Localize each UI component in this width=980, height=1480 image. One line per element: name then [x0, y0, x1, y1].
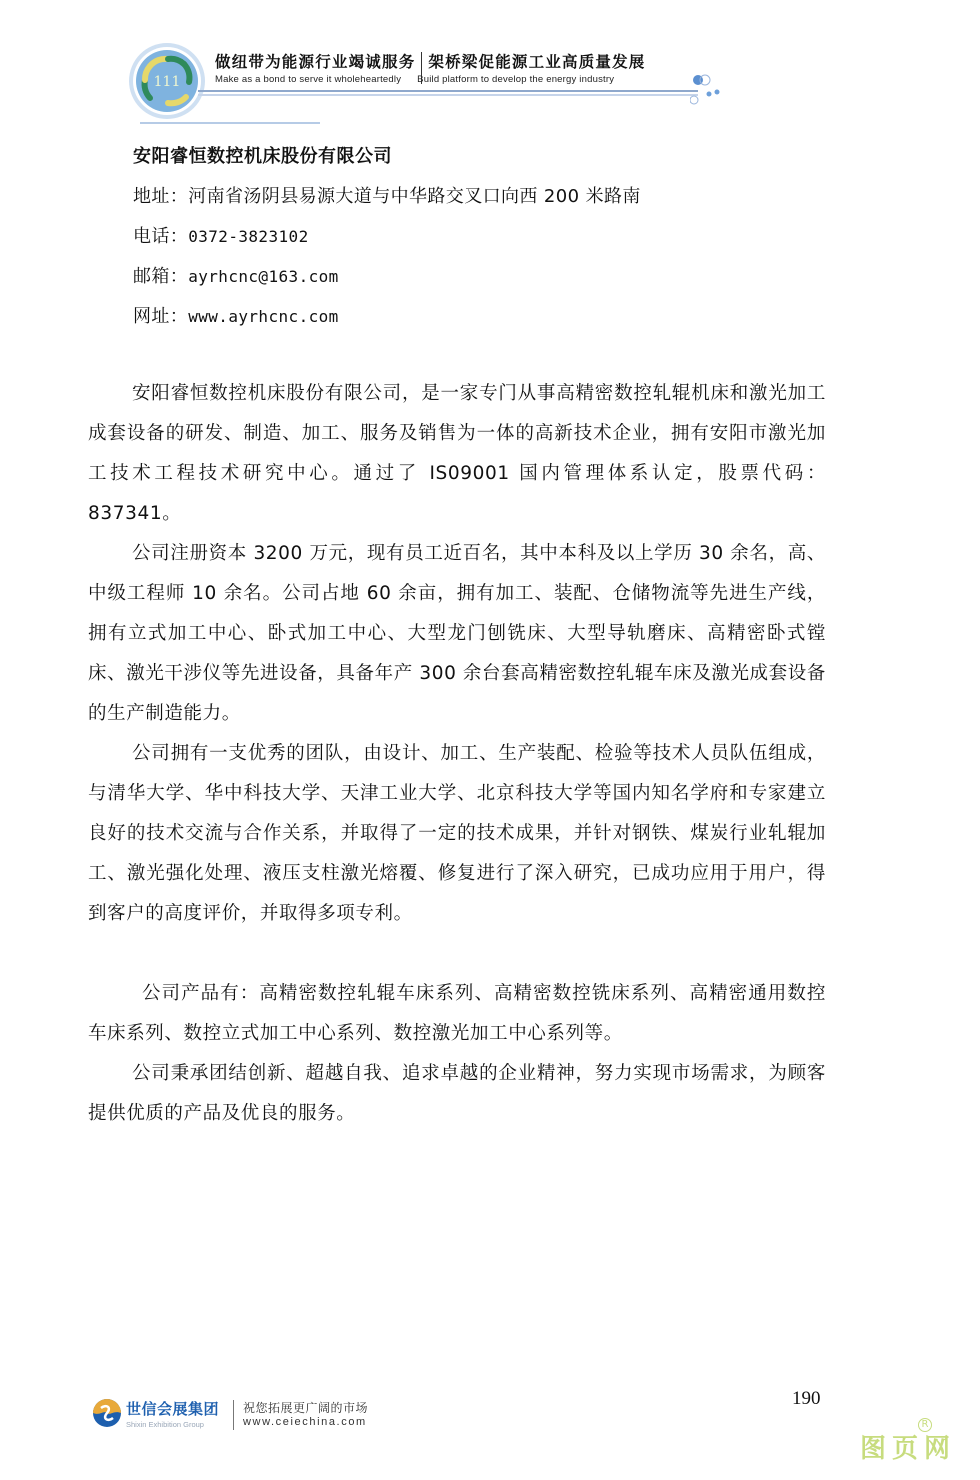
- header-rule: [198, 90, 698, 92]
- footer-brand-en: Shixin Exhibition Group: [126, 1420, 204, 1429]
- address-line: 地址：河南省汤阴县易源大道与中华路交叉口向西 200 米路南: [133, 182, 641, 208]
- body-paragraph-intro: 安阳睿恒数控机床股份有限公司，是一家专门从事高精密数控轧辊机床和激光加工成套设备…: [88, 374, 826, 534]
- slogan-en-right: Build platform to develop the energy ind…: [417, 74, 614, 85]
- slogan-cn-left: 做纽带为能源行业竭诚服务: [215, 53, 415, 71]
- decorative-dots-icon: [690, 70, 730, 110]
- footer-divider: [233, 1400, 234, 1430]
- footer-url-link[interactable]: www.ceiechina.com: [243, 1416, 367, 1428]
- website-label: 网址：: [133, 306, 188, 327]
- svg-text:111: 111: [154, 74, 181, 90]
- phone-line: 电话：0372-3823102: [133, 222, 309, 248]
- header-rule-short: [140, 122, 320, 124]
- phone-label: 电话：: [133, 226, 188, 247]
- page-number: 190: [792, 1388, 821, 1410]
- email-label: 邮箱：: [133, 266, 188, 287]
- website-line: 网址：www.ayrhcnc.com: [133, 302, 339, 328]
- address-value: 河南省汤阴县易源大道与中华路交叉口向西 200 米路南: [188, 186, 641, 207]
- slogan-en-left: Make as a bond to serve it wholeheartedl…: [215, 74, 401, 85]
- footer-tagline: 祝您拓展更广阔的市场: [243, 1399, 368, 1416]
- header-rule-light: [198, 94, 698, 96]
- registered-mark-icon: R: [918, 1418, 932, 1432]
- address-label: 地址：: [133, 186, 188, 207]
- phone-value: 0372-3823102: [188, 227, 308, 246]
- body-paragraph-capital: 公司注册资本 3200 万元，现有员工近百名，其中本科及以上学历 30 余名，高…: [88, 534, 826, 734]
- slogan-cn-right: 架桥梁促能源工业高质量发展: [428, 53, 645, 71]
- energy-association-logo-icon: 111: [128, 42, 206, 120]
- footer-brand-cn: 世信会展集团: [126, 1398, 219, 1419]
- header-slogan-en: Make as a bond to serve it wholeheartedl…: [215, 74, 614, 85]
- email-line: 邮箱：ayrhcnc@163.com: [133, 262, 339, 288]
- company-name: 安阳睿恒数控机床股份有限公司: [133, 142, 392, 168]
- email-value: ayrhcnc@163.com: [188, 267, 339, 286]
- page-header: 111 做纽带为能源行业竭诚服务架桥梁促能源工业高质量发展 Make as a …: [0, 0, 980, 130]
- shixin-logo-icon: [92, 1398, 122, 1428]
- body-paragraph-spirit: 公司秉承团结创新、超越自我、追求卓越的企业精神，努力实现市场需求，为顾客提供优质…: [88, 1054, 826, 1134]
- body-paragraph-products: 公司产品有：高精密数控轧辊车床系列、高精密数控铣床系列、高精密通用数控车床系列、…: [88, 974, 826, 1054]
- body-paragraph-team: 公司拥有一支优秀的团队，由设计、加工、生产装配、检验等技术人员队伍组成，与清华大…: [88, 734, 826, 934]
- watermark: 图页网: [860, 1428, 956, 1465]
- website-value: www.ayrhcnc.com: [188, 307, 339, 326]
